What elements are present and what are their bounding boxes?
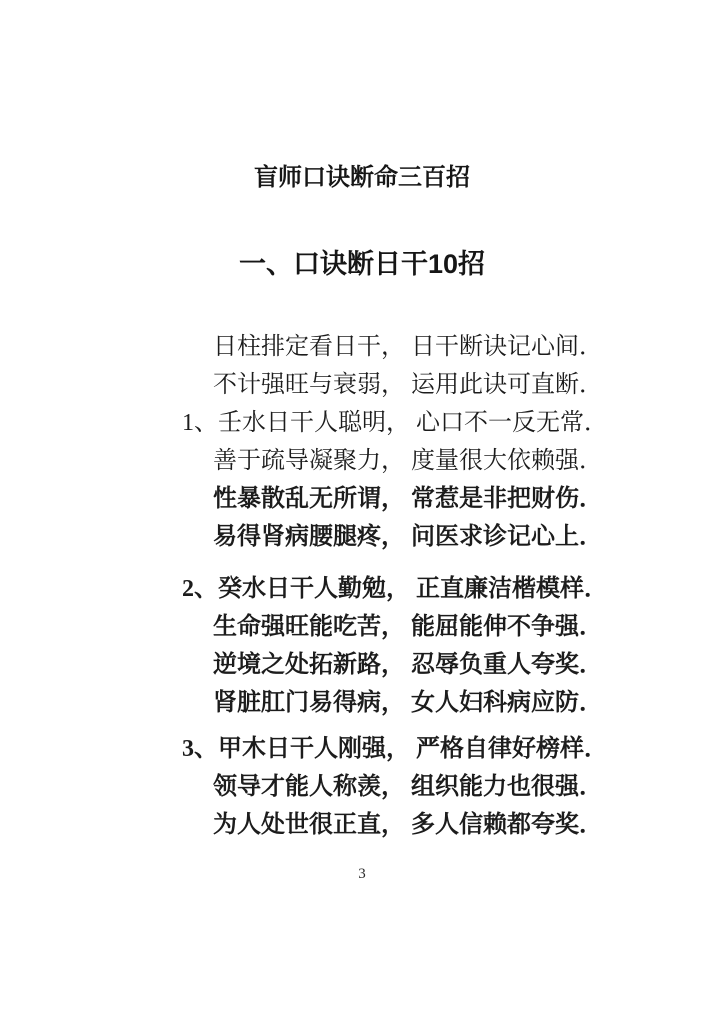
stanza-1: 1、壬水日干人聪明， 心口不一反无常． 善于疏导凝聚力， 度量很大依赖强． 性暴… [213,404,593,556]
intro-line-1: 日柱排定看日干， 日干断诀记心间． [213,328,593,366]
stanza-number: 1、 [182,410,218,436]
document-page: 盲师口诀断命三百招 一、口诀断日干10招 日柱排定看日干， 日干断诀记心间． 不… [0,0,724,1024]
page-number: 3 [0,866,724,883]
verse-line: 逆境之处拓新路， 忍辱负重人夸奖． [213,646,593,684]
verse-line: 3、甲木日干人刚强， 严格自律好榜样． [213,730,593,768]
verse-line: 为人处世很正直， 多人信赖都夸奖． [213,806,593,844]
verse-line: 肾脏肛门易得病， 女人妇科病应防． [213,684,593,722]
stanza-2: 2、癸水日干人勤勉， 正直廉洁楷模样． 生命强旺能吃苦， 能屈能伸不争强． 逆境… [213,570,593,722]
verse-line: 易得肾病腰腿疼， 问医求诊记心上． [213,518,593,556]
stanza-3: 3、甲木日干人刚强， 严格自律好榜样． 领导才能人称羡， 组织能力也很强． 为人… [213,730,593,844]
document-title: 盲师口诀断命三百招 [0,164,724,193]
verse-line: 1、壬水日干人聪明， 心口不一反无常． [213,404,593,442]
verse-line: 领导才能人称羡， 组织能力也很强． [213,768,593,806]
verse-line-text: 癸水日干人勤勉， 正直廉洁楷模样． [218,576,608,602]
verse-line: 生命强旺能吃苦， 能屈能伸不争强． [213,608,593,646]
verse-line: 性暴散乱无所谓， 常惹是非把财伤． [213,480,593,518]
stanza-number: 3、 [182,736,218,762]
verse-line-text: 甲木日干人刚强， 严格自律好榜样． [218,736,608,762]
section-heading: 一、口诀断日干10招 [0,248,724,280]
verse-body: 日柱排定看日干， 日干断诀记心间． 不计强旺与衰弱， 运用此诀可直断． 1、壬水… [213,328,593,844]
verse-line: 善于疏导凝聚力， 度量很大依赖强． [213,442,593,480]
intro-line-2: 不计强旺与衰弱， 运用此诀可直断． [213,366,593,404]
stanza-number: 2、 [182,576,218,602]
verse-line: 2、癸水日干人勤勉， 正直廉洁楷模样． [213,570,593,608]
verse-line-text: 壬水日干人聪明， 心口不一反无常． [218,410,608,436]
